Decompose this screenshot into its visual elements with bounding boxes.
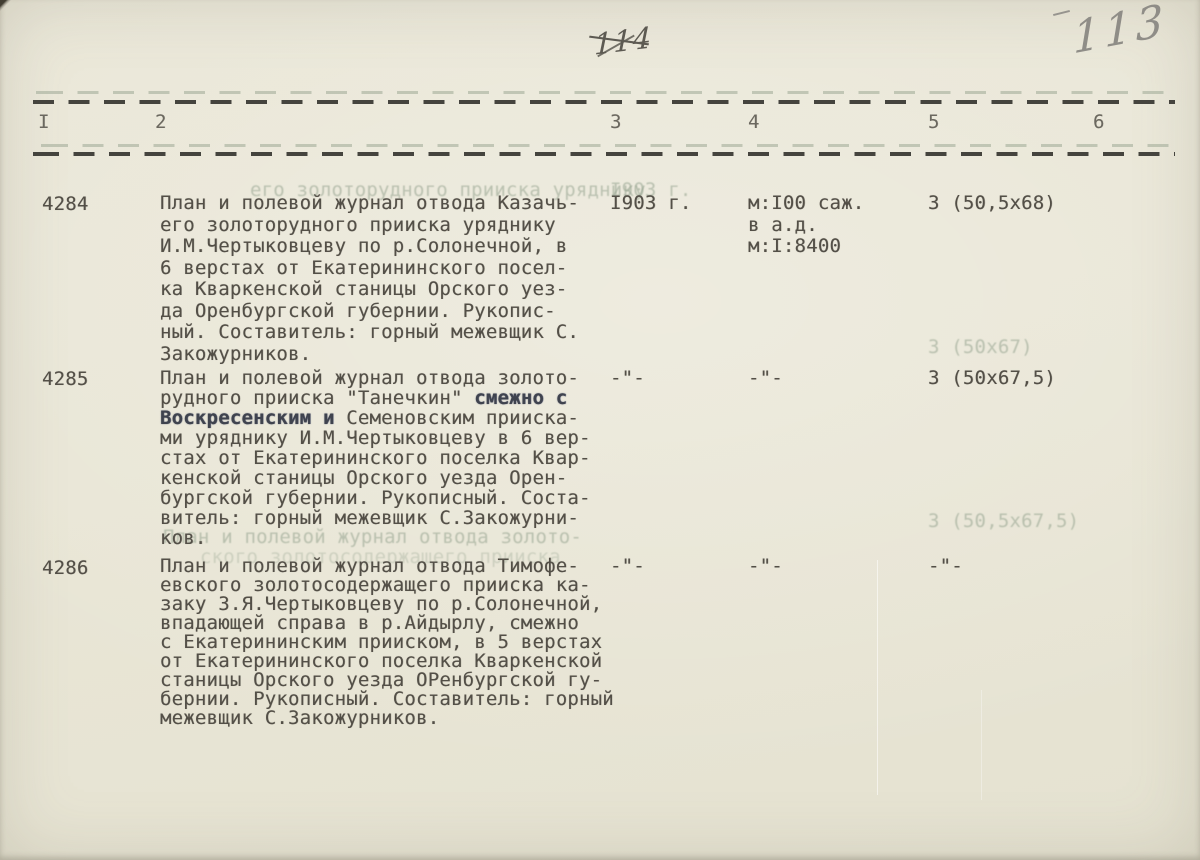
text-line: I903 г.	[610, 193, 691, 215]
paper-scratch	[981, 690, 982, 800]
dashed-rule-bottom	[33, 152, 1175, 156]
column-header-5: 5	[928, 111, 939, 133]
text-line: 3 (50x67,5)	[928, 368, 1056, 388]
entry-description: План и полевой журнал отвода Тимофе-евск…	[160, 557, 620, 728]
column-header-6: 6	[1093, 111, 1104, 133]
bleedthrough-text: 3 (50,5x67,5)	[928, 510, 1079, 532]
text-line: -"-	[610, 368, 645, 388]
page-number-handwritten: 113	[1072, 0, 1167, 65]
document-scan: 113 114 I 2 3 4 5 6 его золоторудного пр…	[0, 0, 1200, 860]
entry-date: -"-	[610, 557, 645, 576]
text-line: да Оренбургской губернии. Рукопис-	[160, 301, 620, 323]
text-line: И.М.Чертыковцеву по р.Солонечной, в	[160, 236, 620, 258]
text-line: -"-	[748, 368, 783, 388]
paper-scratch	[877, 560, 878, 795]
column-header-1: I	[38, 111, 49, 133]
text-line: ков.	[160, 528, 620, 548]
text-line: его золоторудного прииска уряднику	[160, 215, 620, 237]
text-line: ный. Составитель: горный межевщик С.	[160, 322, 620, 344]
column-header-4: 4	[748, 111, 759, 133]
entry-number: 4285	[42, 368, 89, 390]
text-line: План и полевой журнал отвода Казачь-	[160, 193, 620, 215]
entry-number: 4284	[42, 193, 89, 215]
column-header-3: 3	[610, 111, 621, 133]
text-line: межевщик С.Закожурников.	[160, 709, 620, 728]
text-line: 3 (50,5x68)	[928, 193, 1056, 215]
dashed-rule-bleedthrough	[33, 91, 1175, 94]
text-line: -"-	[610, 557, 645, 576]
text-line: Закожурников.	[160, 344, 620, 366]
entry-scale: м:I00 саж.в а.д.м:I:8400	[748, 193, 864, 258]
pencil-tick-mark	[1053, 10, 1070, 16]
text-line: м:I:8400	[748, 236, 864, 258]
entry-scale: -"-	[748, 368, 783, 388]
dashed-rule-top	[33, 100, 1175, 104]
bleedthrough-text: 3 (50x67)	[928, 336, 1033, 358]
dashed-rule-bleedthrough	[33, 144, 1175, 147]
text-line: рудного прииска "Танечкин" смежно с	[160, 388, 620, 408]
entry-description: План и полевой журнал отвода Казачь-его …	[160, 193, 620, 365]
entry-count-size: -"-	[928, 557, 963, 576]
text-line: кенской станицы Орского уезда Орен-	[160, 468, 620, 488]
text-line: -"-	[748, 557, 783, 576]
entry-date: I903 г.	[610, 193, 691, 215]
entry-description: План и полевой журнал отвода золото-рудн…	[160, 368, 620, 548]
text-line: ми уряднику И.М.Чертыковцеву в 6 вер-	[160, 428, 620, 448]
text-line: -"-	[928, 557, 963, 576]
text-line: Воскресенским и Семеновским прииска-	[160, 408, 620, 428]
entry-scale: -"-	[748, 557, 783, 576]
entry-count-size: 3 (50,5x68)	[928, 193, 1056, 215]
text-line: ка Кваркенской станицы Орского уез-	[160, 279, 620, 301]
text-line: бургской губернии. Рукописный. Соста-	[160, 488, 620, 508]
text-line: 6 верстах от Екатерининского посел-	[160, 258, 620, 280]
entry-date: -"-	[610, 368, 645, 388]
text-line: стах от Екатерининского поселка Квар-	[160, 448, 620, 468]
overtyped-text: Воскресенским и	[160, 407, 335, 429]
cancelled-number-handwritten: 114	[594, 20, 653, 61]
column-header-2: 2	[155, 111, 166, 133]
text-line: в а.д.	[748, 215, 864, 237]
entry-number: 4286	[42, 557, 89, 579]
text-line: витель: горный межевщик С.Закожурни-	[160, 508, 620, 528]
text-line: м:I00 саж.	[748, 193, 864, 215]
text-line: План и полевой журнал отвода золото-	[160, 368, 620, 388]
overtyped-text: смежно с	[474, 387, 567, 409]
entry-count-size: 3 (50x67,5)	[928, 368, 1056, 388]
scan-edge-speck	[0, 0, 11, 11]
